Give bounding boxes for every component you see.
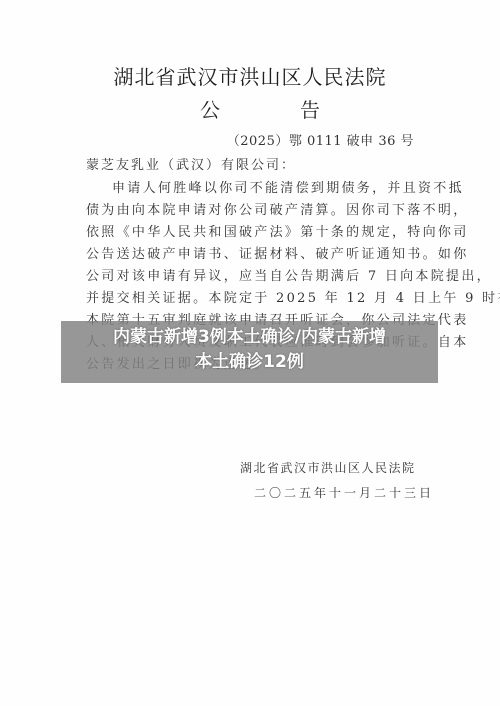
addressee: 蒙芝友乳业（武汉）有限公司： bbox=[86, 154, 296, 173]
court-name-heading: 湖北省武汉市洪山区人民法院 bbox=[0, 61, 500, 90]
body-line: 依照《中华人民共和国破产法》第十条的规定，特向你司 bbox=[86, 222, 426, 244]
body-line: 公司对该申请有异议，应当自公告期满后 7 日向本院提出， bbox=[86, 266, 426, 288]
body-line: 公告送达破产申请书、证据材料、破产听证通知书。如你 bbox=[86, 244, 426, 266]
notice-page: 湖北省武汉市洪山区人民法院 公 告 （2025）鄂 0111 破申 36 号 蒙… bbox=[0, 0, 500, 706]
notice-title-char-2: 告 bbox=[300, 94, 320, 123]
signature-court: 湖北省武汉市洪山区人民法院 bbox=[240, 459, 416, 476]
body-line: 并提交相关证据。本院定于 2025 年 12 月 4 日上午 9 时在 bbox=[86, 288, 426, 310]
signature-date: 二〇二五年十一月二十三日 bbox=[254, 484, 434, 501]
headline-overlay-text: 内蒙古新增3例本土确诊/内蒙古新增 本土确诊12例 bbox=[61, 325, 438, 375]
notice-title-char-1: 公 bbox=[200, 94, 220, 123]
case-number: （2025）鄂 0111 破申 36 号 bbox=[227, 130, 414, 149]
headline-line-2: 本土确诊12例 bbox=[61, 350, 438, 375]
body-line: 申请人何胜峰以你司不能清偿到期债务，并且资不抵 bbox=[86, 178, 426, 200]
notice-title: 公 告 bbox=[200, 94, 320, 123]
headline-line-1: 内蒙古新增3例本土确诊/内蒙古新增 bbox=[61, 325, 438, 350]
body-line: 债为由向本院申请对你公司破产清算。因你司下落不明， bbox=[86, 200, 426, 222]
